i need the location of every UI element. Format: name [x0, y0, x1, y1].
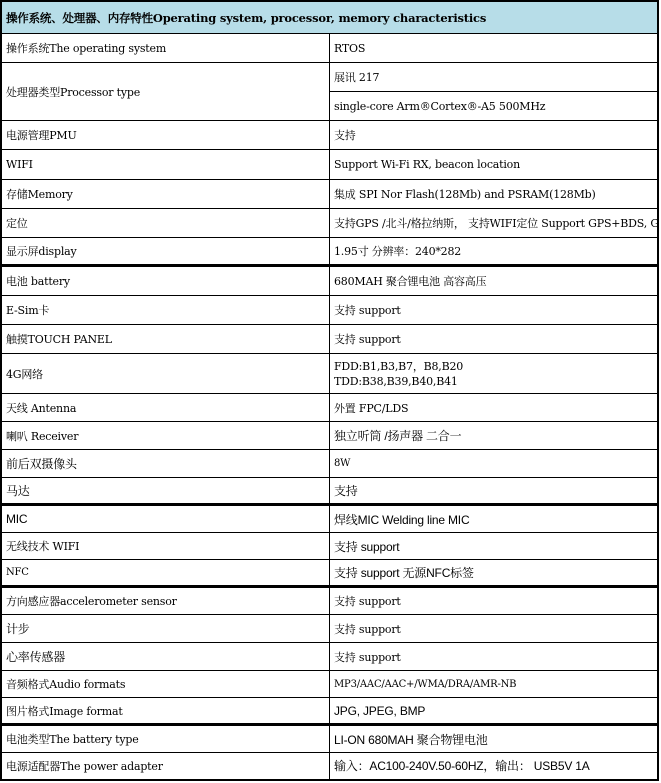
row-label: 天线 Antenna: [1, 394, 330, 422]
table-row: 处理器类型Processor type 展讯 217: [1, 63, 658, 92]
table-row: 触摸TOUCH PANEL 支持 support: [1, 325, 658, 354]
table-row: 存储Memory 集成 SPI Nor Flash(128Mb) and PSR…: [1, 180, 658, 209]
row-value: 支持: [330, 121, 659, 150]
table-row: 前后双摄像头 8W: [1, 450, 658, 478]
row-value: 支持 support: [330, 615, 659, 643]
table-row: 天线 Antenna 外置 FPC/LDS: [1, 394, 658, 422]
row-label: 电池 battery: [1, 266, 330, 296]
spec-table: 操作系统、处理器、内存特性Operating system, processor…: [0, 0, 659, 781]
row-value: Support Wi-Fi RX, beacon location: [330, 150, 659, 180]
row-value: 支持 support: [330, 325, 659, 354]
row-label: E-Sim卡: [1, 296, 330, 325]
row-value-line: TDD:B38,B39,B40,B41: [334, 374, 653, 389]
row-label: 触摸TOUCH PANEL: [1, 325, 330, 354]
row-value: 展讯 217: [330, 63, 659, 92]
row-value: 支持 support: [330, 296, 659, 325]
row-label: 马达: [1, 478, 330, 505]
row-label: NFC: [1, 560, 330, 587]
table-header-row: 操作系统、处理器、内存特性Operating system, processor…: [1, 1, 658, 34]
row-value: 支持GPS /北斗/格拉纳斯， 支持WIFI定位 Support GPS+BDS…: [330, 209, 659, 238]
row-value: 8W: [330, 450, 659, 478]
row-label: 图片格式Image format: [1, 698, 330, 725]
row-label: 方向感应器accelerometer sensor: [1, 587, 330, 615]
row-value: single-core Arm®Cortex®-A5 500MHz: [330, 92, 659, 121]
row-value: LI-ON 680MAH 聚合物锂电池: [330, 725, 659, 753]
table-row: 4G网络 FDD:B1,B3,B7，B8,B20 TDD:B38,B39,B40…: [1, 354, 658, 394]
row-label: MIC: [1, 505, 330, 533]
row-value: 支持 support: [330, 643, 659, 671]
row-label: 无线技术 WIFI: [1, 533, 330, 560]
row-label: 存储Memory: [1, 180, 330, 209]
row-value: 支持 support 无源NFC标签: [330, 560, 659, 587]
row-value: RTOS: [330, 34, 659, 63]
row-value: FDD:B1,B3,B7，B8,B20 TDD:B38,B39,B40,B41: [330, 354, 659, 394]
table-row: 电池类型The battery type LI-ON 680MAH 聚合物锂电池: [1, 725, 658, 753]
row-label: 定位: [1, 209, 330, 238]
row-value: 1.95寸 分辨率：240*282: [330, 238, 659, 266]
table-row: 马达 支持: [1, 478, 658, 505]
row-value: 支持 support: [330, 533, 659, 560]
row-value: JPG, JPEG, BMP: [330, 698, 659, 725]
table-row: 电池 battery 680MAH 聚合锂电池 高容高压: [1, 266, 658, 296]
row-label: 音频格式Audio formats: [1, 671, 330, 698]
row-label: 显示屏display: [1, 238, 330, 266]
row-label: 计步: [1, 615, 330, 643]
table-row: MIC 焊线MIC Welding line MIC: [1, 505, 658, 533]
row-value: 支持: [330, 478, 659, 505]
row-label: 电池类型The battery type: [1, 725, 330, 753]
row-value: MP3/AAC/AAC+/WMA/DRA/AMR-NB: [330, 671, 659, 698]
row-label: 心率传感器: [1, 643, 330, 671]
table-row: 心率传感器 支持 support: [1, 643, 658, 671]
row-value: 输入：AC100-240V.50-60HZ，输出： USB5V 1A: [330, 753, 659, 780]
section-header: 操作系统、处理器、内存特性Operating system, processor…: [1, 1, 658, 34]
row-value-line: FDD:B1,B3,B7，B8,B20: [334, 359, 653, 374]
table-row: 方向感应器accelerometer sensor 支持 support: [1, 587, 658, 615]
row-value: 支持 support: [330, 587, 659, 615]
table-row: 无线技术 WIFI 支持 support: [1, 533, 658, 560]
row-label: 电源适配器The power adapter: [1, 753, 330, 780]
row-value: 外置 FPC/LDS: [330, 394, 659, 422]
table-row: WIFI Support Wi-Fi RX, beacon location: [1, 150, 658, 180]
table-row: E-Sim卡 支持 support: [1, 296, 658, 325]
row-value: 独立听筒 /扬声器 二合一: [330, 422, 659, 450]
table-row: 显示屏display 1.95寸 分辨率：240*282: [1, 238, 658, 266]
row-label: WIFI: [1, 150, 330, 180]
table-row: 音频格式Audio formats MP3/AAC/AAC+/WMA/DRA/A…: [1, 671, 658, 698]
row-label: 喇叭 Receiver: [1, 422, 330, 450]
row-label: 电源管理PMU: [1, 121, 330, 150]
table-row: 操作系统The operating system RTOS: [1, 34, 658, 63]
row-value: 680MAH 聚合锂电池 高容高压: [330, 266, 659, 296]
table-row: 电源适配器The power adapter 输入：AC100-240V.50-…: [1, 753, 658, 780]
row-label: 4G网络: [1, 354, 330, 394]
row-value: 焊线MIC Welding line MIC: [330, 505, 659, 533]
table-row: 定位 支持GPS /北斗/格拉纳斯， 支持WIFI定位 Support GPS+…: [1, 209, 658, 238]
table-row: 计步 支持 support: [1, 615, 658, 643]
table-row: 喇叭 Receiver 独立听筒 /扬声器 二合一: [1, 422, 658, 450]
table-row: 电源管理PMU 支持: [1, 121, 658, 150]
table-row: NFC 支持 support 无源NFC标签: [1, 560, 658, 587]
row-label: 处理器类型Processor type: [1, 63, 330, 121]
row-label: 操作系统The operating system: [1, 34, 330, 63]
table-row: 图片格式Image format JPG, JPEG, BMP: [1, 698, 658, 725]
row-label: 前后双摄像头: [1, 450, 330, 478]
row-value: 集成 SPI Nor Flash(128Mb) and PSRAM(128Mb): [330, 180, 659, 209]
